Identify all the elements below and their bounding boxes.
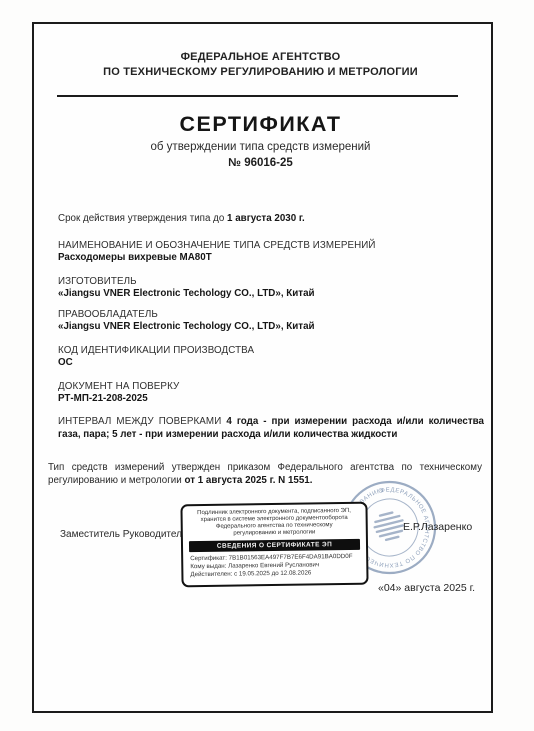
section-type-name-label: НАИМЕНОВАНИЕ И ОБОЗНАЧЕНИЕ ТИПА СРЕДСТВ … (58, 240, 376, 251)
section-verification-doc-value: РТ-МП-21-208-2025 (58, 393, 148, 404)
validity-value: 1 августа 2030 г. (227, 213, 305, 224)
section-type-name-value: Расходомеры вихревые МА80Т (58, 252, 212, 263)
certificate-subtitle: об утверждении типа средств измерений (34, 141, 487, 153)
agency-name-line2: ПО ТЕХНИЧЕСКОМУ РЕГУЛИРОВАНИЮ И МЕТРОЛОГ… (34, 65, 487, 79)
section-manufacturer-label: ИЗГОТОВИТЕЛЬ (58, 276, 137, 287)
approval-order-ref: от 1 августа 2025 г. N 1551. (184, 475, 312, 486)
ep-notice-line4: регулированию и метрологии (188, 529, 361, 538)
signature-date: «04» августа 2025 г. (378, 582, 475, 594)
certificate-number: № 96016-25 (34, 157, 487, 169)
verification-interval-line: ИНТЕРВАЛ МЕЖДУ ПОВЕРКАМИ 4 года - при из… (58, 416, 484, 441)
certificate-title: СЕРТИФИКАТ (34, 112, 487, 137)
signatory-name: Е.Р.Лазаренко (403, 521, 472, 533)
signatory-title: Заместитель Руководителя (60, 529, 187, 540)
validity-prefix: Срок действия утверждения типа до (58, 213, 227, 224)
section-verification-doc-label: ДОКУМЕНТ НА ПОВЕРКУ (58, 381, 179, 392)
section-rights-holder-value: «Jiangsu VNER Electronic Techology CO., … (58, 321, 315, 332)
verification-interval-label: ИНТЕРВАЛ МЕЖДУ ПОВЕРКАМИ (58, 416, 226, 427)
section-production-code-value: ОС (58, 357, 73, 368)
ep-validity-period: Действителен: с 19.05.2025 до 12.08.2026 (188, 569, 361, 579)
agency-name-line1: ФЕДЕРАЛЬНОЕ АГЕНТСТВО (34, 50, 487, 64)
ep-certificate-box: Подлинник электронного документа, подпис… (180, 502, 368, 588)
header-divider (57, 95, 458, 97)
section-production-code-label: КОД ИДЕНТИФИКАЦИИ ПРОИЗВОДСТВА (58, 345, 254, 356)
section-rights-holder-label: ПРАВООБЛАДАТЕЛЬ (58, 309, 158, 320)
ep-certificate-header-bar: СВЕДЕНИЯ О СЕРТИФИКАТЕ ЭП (189, 539, 360, 552)
validity-line: Срок действия утверждения типа до 1 авгу… (58, 213, 305, 226)
section-manufacturer-value: «Jiangsu VNER Electronic Techology CO., … (58, 288, 315, 299)
